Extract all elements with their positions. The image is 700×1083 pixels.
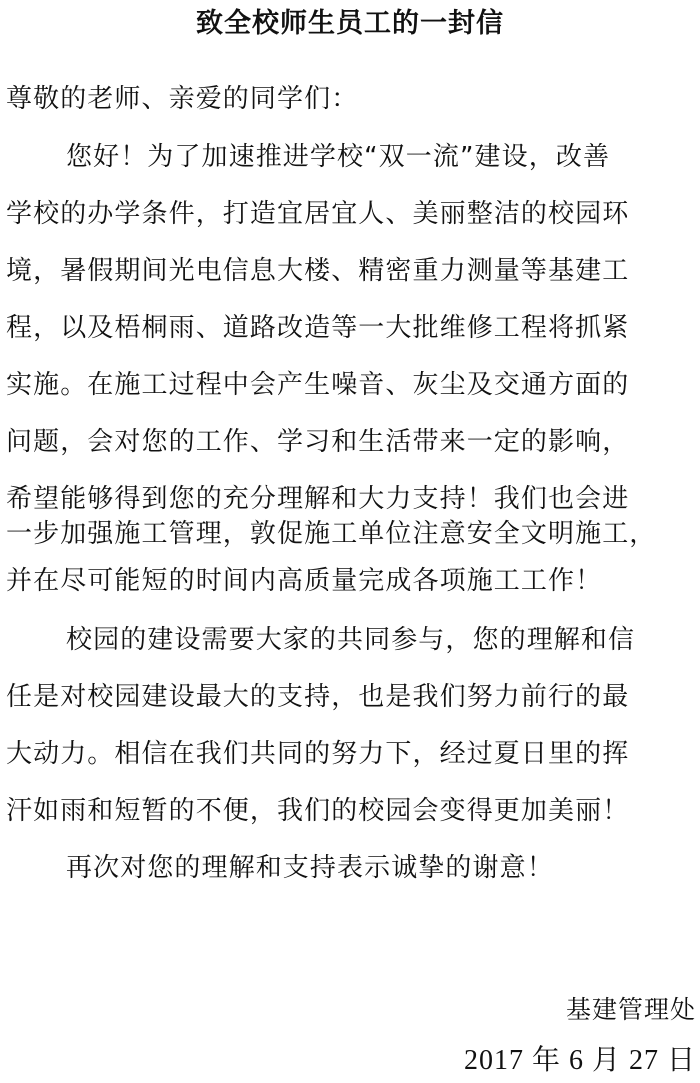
closing-line: 再次对您的理解和支持表示诚挚的谢意！ [66, 851, 554, 885]
paragraph-line: 大动力。相信在我们共同的努力下，经过夏日里的挥 [6, 737, 629, 771]
paragraph-line: 学校的办学条件，打造宜居宜人、美丽整洁的校园环 [6, 197, 629, 231]
paragraph-line: 希望能够得到您的充分理解和大力支持！我们也会进 [6, 482, 629, 516]
greeting: 尊敬的老师、亲爱的同学们： [6, 82, 358, 116]
paragraph-line: 境，暑假期间光电信息大楼、精密重力测量等基建工 [6, 254, 629, 288]
paragraph-line: 您好！为了加速推进学校“双一流”建设，改善 [66, 140, 610, 174]
paragraph-line: 一步加强施工管理，敦促施工单位注意安全文明施工， [6, 517, 656, 551]
letter-title: 致全校师生员工的一封信 [0, 6, 700, 42]
paragraph-line: 汗如雨和短暂的不便，我们的校园会变得更加美丽！ [6, 794, 629, 828]
paragraph-line: 实施。在施工过程中会产生噪音、灰尘及交通方面的 [6, 368, 629, 402]
paragraph-line: 问题，会对您的工作、学习和生活带来一定的影响， [6, 425, 629, 459]
date: 2017 年 6 月 27 日 [464, 1045, 696, 1077]
signature: 基建管理处 [566, 994, 696, 1026]
paragraph-line: 并在尽可能短的时间内高质量完成各项施工工作！ [6, 564, 602, 598]
paragraph-line: 校园的建设需要大家的共同参与，您的理解和信 [66, 623, 635, 657]
paragraph-line: 任是对校园建设最大的支持，也是我们努力前行的最 [6, 680, 629, 714]
paragraph-line: 程，以及梧桐雨、道路改造等一大批维修工程将抓紧 [6, 311, 629, 345]
